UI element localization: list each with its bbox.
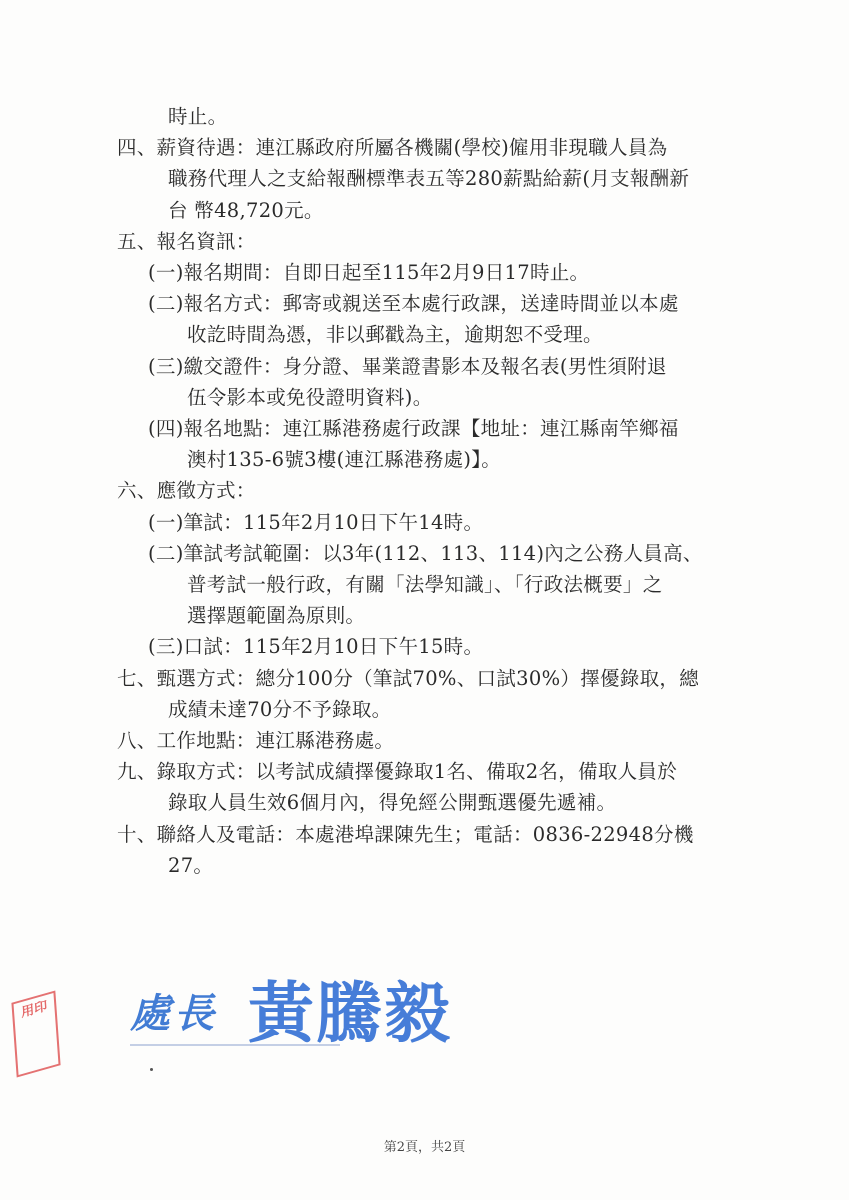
section-heading-line: 六、應徵方式： (117, 478, 256, 504)
continuation-line: 選擇題範圍為原則。 (187, 603, 365, 629)
continuation-line: 時止。 (168, 104, 227, 130)
subsection-line: (三)口試：115年2月10日下午15時。 (148, 634, 483, 660)
subsection-line: (二)筆試考試範圍：以3年(112、113、114)內之公務人員高、 (148, 541, 703, 567)
page-number: 第2頁，共2頁 (0, 1136, 849, 1155)
section-heading-line: 十、聯絡人及電話：本處港埠課陳先生；電話：0836-22948分機 (117, 822, 694, 848)
subsection-line: (四)報名地點：連江縣港務處行政課【地址：連江縣南竿鄉福 (148, 416, 679, 442)
section-heading-line: 九、錄取方式：以考試成績擇優錄取1名、備取2名，備取人員於 (117, 759, 677, 785)
seal-text: 用印 (21, 999, 48, 1021)
subsection-line: (三)繳交證件：身分證、畢業證書影本及報名表(男性須附退 (148, 354, 667, 380)
section-heading-line: 七、甄選方式：總分100分（筆試70%、口試30%）擇優錄取，總 (117, 666, 699, 692)
signature-block: 處長 黃騰毅 (130, 960, 500, 1050)
continuation-line: 台 幣48,720元。 (168, 198, 324, 224)
continuation-line: 澳村135-6號3樓(連江縣港務處)】。 (187, 447, 501, 473)
signature-name: 黃騰毅 (248, 960, 452, 1055)
signature-underline (130, 1044, 340, 1046)
section-heading-line: 五、報名資訊： (117, 229, 256, 255)
continuation-line: 職務代理人之支給報酬標準表五等280薪點給薪(月支報酬新 (168, 166, 689, 192)
continuation-line: 收訖時間為憑，非以郵戳為主，逾期恕不受理。 (187, 322, 603, 348)
scan-speck (150, 1068, 153, 1071)
continuation-line: 27。 (168, 853, 213, 879)
document-page: 時止。四、薪資待遇：連江縣政府所屬各機關(學校)僱用非現職人員為職務代理人之支給… (0, 0, 849, 1200)
subsection-line: (一)筆試：115年2月10日下午14時。 (148, 510, 483, 536)
continuation-line: 伍令影本或免役證明資料)。 (187, 385, 433, 411)
continuation-line: 成績未達70分不予錄取。 (168, 697, 391, 723)
subsection-line: (一)報名期間：自即日起至115年2月9日17時止。 (148, 260, 589, 286)
signature-title: 處長 (130, 982, 218, 1039)
continuation-line: 錄取人員生效6個月內，得免經公開甄選優先遞補。 (168, 790, 616, 816)
official-seal: 用印 (11, 990, 60, 1077)
section-heading-line: 四、薪資待遇：連江縣政府所屬各機關(學校)僱用非現職人員為 (117, 135, 667, 161)
subsection-line: (二)報名方式：郵寄或親送至本處行政課，送達時間並以本處 (148, 291, 679, 317)
section-heading-line: 八、工作地點：連江縣港務處。 (117, 728, 394, 754)
continuation-line: 普考試一般行政，有關「法學知識」、「行政法概要」之 (187, 572, 663, 598)
